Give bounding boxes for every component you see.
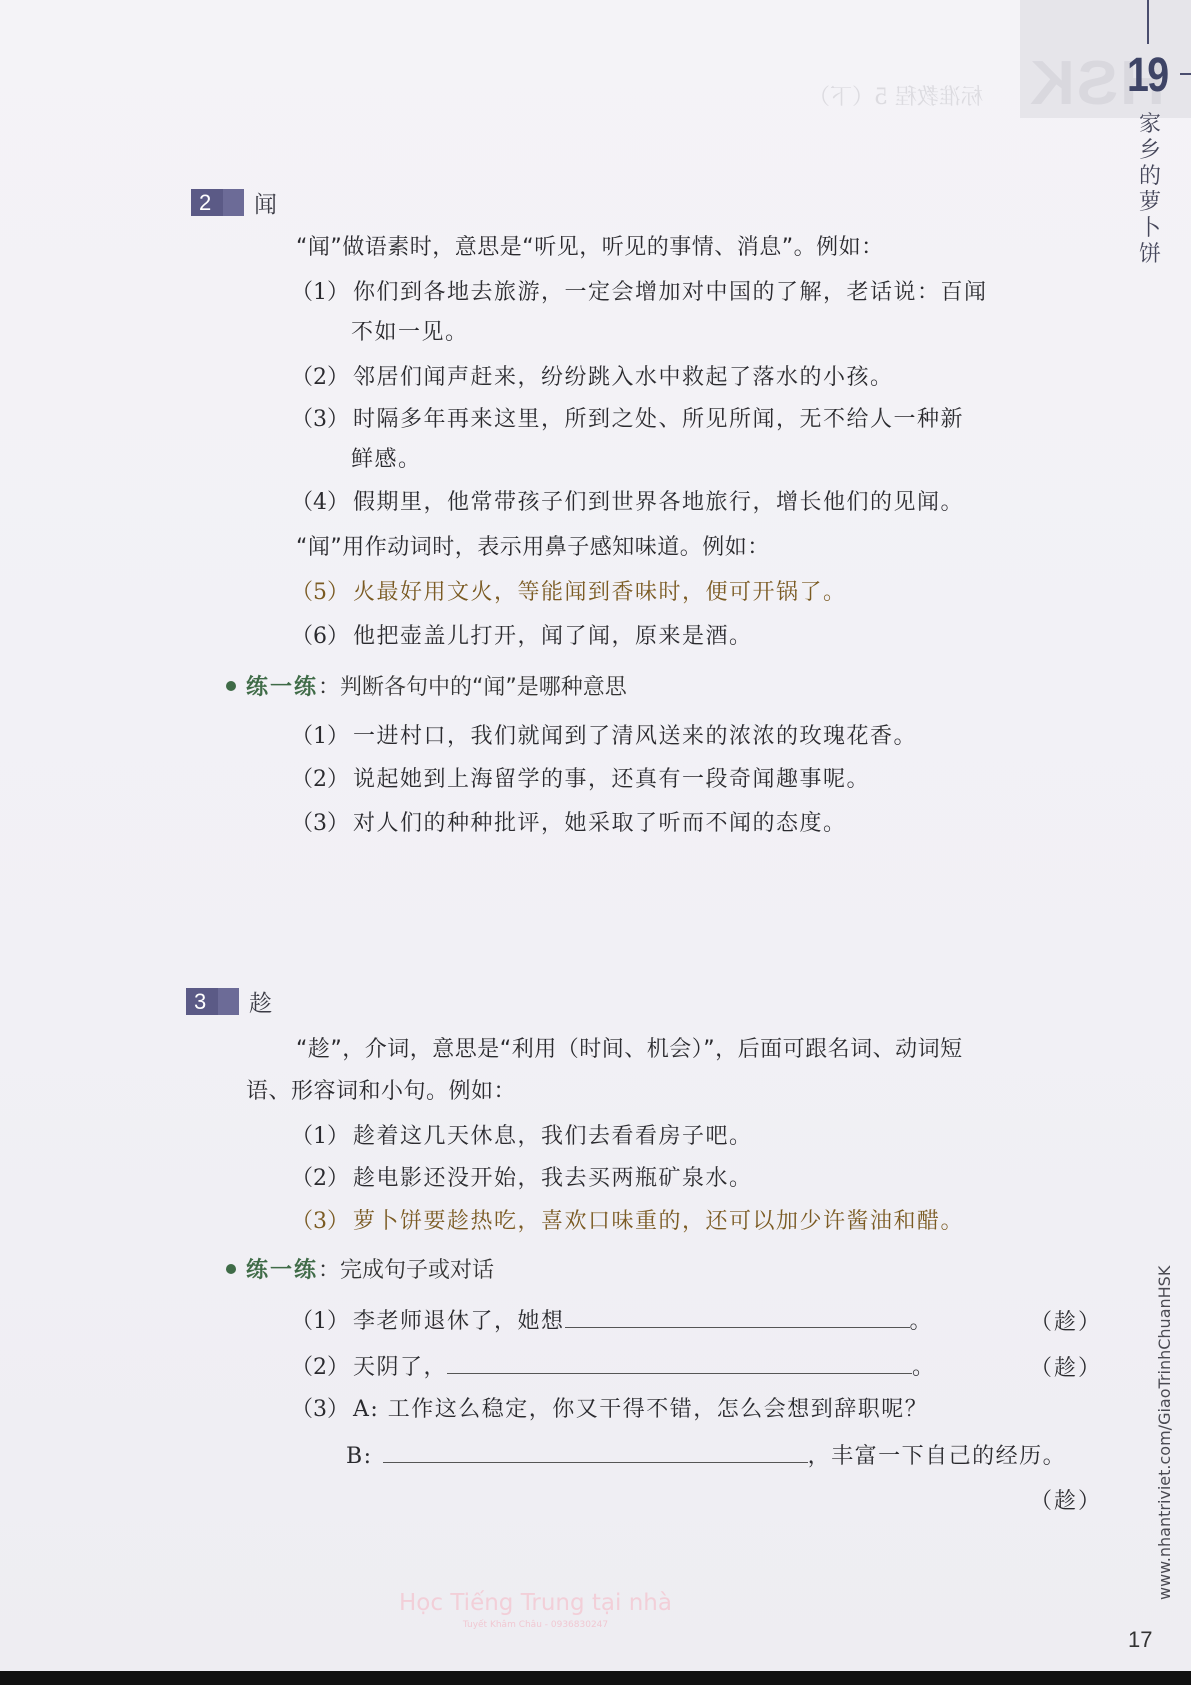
section-3-heading: 3 趁 (186, 985, 272, 1018)
chapter-rule (1147, 0, 1149, 44)
practice-item: （2）说起她到上海留学的事，还真有一段奇闻趣事呢。 (291, 765, 870, 795)
section-2-intro-2: “闻”用作动词时，表示用鼻子感知味道。例如： (296, 533, 770, 563)
page-number: 17 (1128, 1627, 1152, 1653)
dialogue-item-b: B:，丰富一下自己的经历。 (346, 1440, 1066, 1472)
example-line-highlighted: （3）萝卜饼要趁热吃，喜欢口味重的，还可以加少许酱油和醋。 (291, 1207, 964, 1237)
section-2-heading: 2 闻 (191, 186, 277, 219)
example-line-cont: 不如一见。 (351, 318, 469, 348)
practice-item: （1）一进村口，我们就闻到了清风送来的浓浓的玫瑰花香。 (291, 722, 917, 752)
fill-in-item: （1）李老师退休了，她想。 (291, 1305, 933, 1337)
scan-edge (0, 1671, 1191, 1685)
hint-tag: （趁） (1030, 1351, 1102, 1382)
example-line: （1）趁着这几天休息，我们去看看房子吧。 (291, 1122, 753, 1152)
practice-label: 练一练 (246, 1253, 318, 1284)
answer-blank[interactable] (447, 1351, 912, 1374)
textbook-page: HSK 标准教程 5（下） 19 家 乡 的 萝 卜 饼 2 闻 “闻”做语素时… (0, 0, 1191, 1685)
section-word: 趁 (249, 985, 272, 1018)
fill-in-item: （2）天阴了，。 (291, 1351, 936, 1383)
practice-instruction: ：判断各句中的“闻”是哪种意思 (318, 670, 627, 701)
example-line: （2）邻居们闻声赶来，纷纷跳入水中救起了落水的小孩。 (291, 363, 894, 393)
hint-tag: （趁） (1030, 1305, 1102, 1336)
example-line: （6）他把壶盖儿打开，闻了闻，原来是酒。 (291, 622, 753, 652)
chapter-title-vertical: 家 乡 的 萝 卜 饼 (1136, 112, 1164, 268)
hint-tag: （趁） (1030, 1484, 1102, 1515)
side-url: www.nhantriviet.com/GiaoTrinhChuanHSK (1155, 1266, 1174, 1600)
ghost-book-title: 标准教程 5（下） (808, 80, 983, 111)
section-word: 闻 (254, 186, 277, 219)
example-line: （1）你们到各地去旅游，一定会增加对中国的了解，老话说：百闻 (291, 278, 988, 308)
chapter-number: 19 (1127, 48, 1168, 103)
example-line: （2）趁电影还没开始，我去买两瓶矿泉水。 (291, 1164, 753, 1194)
chapter-dash (1180, 73, 1191, 75)
answer-blank[interactable] (565, 1305, 910, 1328)
example-line: （3）时隔多年再来这里，所到之处、所见所闻，无不给人一种新 (291, 405, 964, 435)
answer-blank[interactable] (383, 1440, 808, 1463)
dialogue-item-a: （3）A: 工作这么稳定，你又干得不错，怎么会想到辞职呢？ (291, 1395, 928, 1425)
watermark-subtitle: Tuyết Khâm Châu - 0936830247 (0, 1620, 1131, 1630)
example-line: （4）假期里，他常带孩子们到世界各地旅行，增长他们的见闻。 (291, 488, 964, 518)
bullet-icon (226, 681, 236, 691)
section-number-badge: 3 (186, 988, 239, 1015)
practice-heading-2: 练一练 ：判断各句中的“闻”是哪种意思 (226, 670, 627, 701)
example-line-cont: 鲜感。 (351, 445, 422, 475)
practice-heading-3: 练一练 ：完成句子或对话 (226, 1253, 494, 1284)
practice-item: （3）对人们的种种批评，她采取了听而不闻的态度。 (291, 809, 847, 839)
section-3-intro-2: 语、形容词和小句。例如： (246, 1077, 516, 1107)
bullet-icon (226, 1264, 236, 1274)
section-number-badge: 2 (191, 189, 244, 216)
practice-instruction: ：完成句子或对话 (318, 1253, 494, 1284)
watermark-title: Học Tiếng Trung tại nhà (0, 1590, 1131, 1616)
section-3-intro-1: “趁”，介词，意思是“利用（时间、机会）”，后面可跟名词、动词短 (296, 1035, 963, 1065)
example-line-highlighted: （5）火最好用文火，等能闻到香味时，便可开锅了。 (291, 578, 847, 608)
section-2-intro-1: “闻”做语素时，意思是“听见，听见的事情、消息”。例如： (296, 233, 884, 263)
practice-label: 练一练 (246, 670, 318, 701)
